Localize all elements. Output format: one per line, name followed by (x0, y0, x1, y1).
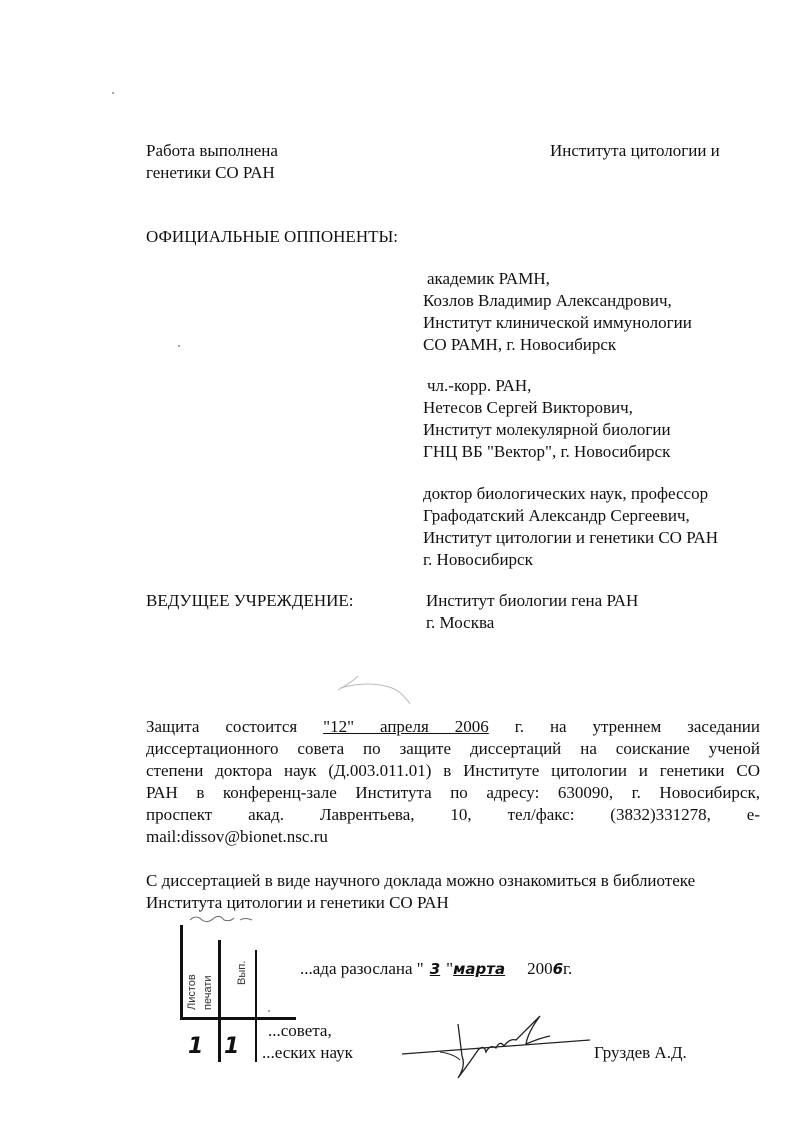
scan-speck (268, 1010, 270, 1012)
opponent-location: г. Новосибирск (423, 549, 718, 571)
defense-line-2: диссертационного совета по защите диссер… (146, 738, 760, 760)
opponent-title: академик РАМН, (423, 268, 692, 290)
leading-org-city: г. Москва (426, 612, 638, 634)
mailing-prefix: ...ада разослана " (300, 959, 424, 978)
defense-email: mail:dissov@bionet.nsc.ru (146, 826, 760, 848)
leading-org-name: Институт биологии гена РАН (426, 590, 638, 612)
opponent-location: ГНЦ ВБ "Вектор", г. Новосибирск (423, 441, 671, 463)
defense-line-5: проспект акад. Лаврентьева, 10, тел/факс… (146, 804, 760, 826)
opponent-3: доктор биологических наук, профессор Гра… (423, 483, 718, 571)
institute-line1: Института цитологии и (550, 140, 720, 162)
mailing-month: марта (453, 960, 527, 978)
mailing-line: ...ада разослана "3"марта2006г. (300, 958, 572, 980)
scribble-mark (160, 908, 270, 928)
mailing-year-digit: 6 (553, 960, 563, 978)
opponent-name: Графодатский Александр Сергеевич, (423, 505, 718, 527)
opponent-title: чл.-корр. РАН, (423, 375, 671, 397)
signature (400, 1010, 600, 1085)
opponent-org: Институт цитологии и генетики СО РАН (423, 527, 718, 549)
secretary-line2: ...еских наук (262, 1042, 353, 1064)
library-line1: С диссертацией в виде научного доклада м… (146, 870, 695, 892)
opponent-title: доктор биологических наук, профессор (423, 483, 718, 505)
mailing-day: 3 (424, 960, 446, 978)
stamp-value-1: 1 (188, 1036, 203, 1058)
opponent-2: чл.-корр. РАН, Нетесов Сергей Викторович… (423, 375, 671, 463)
defense-line-1: Защита состоится "12" апреля 2006 г. на … (146, 716, 760, 738)
opponent-name: Козлов Владимир Александрович, (423, 290, 692, 312)
defense-line-4: РАН в конференц-зале Института по адресу… (146, 782, 760, 804)
mailing-year: 200 (527, 959, 553, 978)
opponent-org: Институт молекулярной биологии (423, 419, 671, 441)
scan-speck (178, 345, 180, 347)
defense-paragraph: Защита состоится "12" апреля 2006 г. на … (146, 716, 760, 848)
institute-line2: генетики СО РАН (146, 162, 275, 184)
scan-speck (112, 92, 114, 94)
pen-mark (330, 668, 420, 708)
opponents-heading: ОФИЦИАЛЬНЫЕ ОППОНЕНТЫ: (146, 226, 398, 248)
leading-org: Институт биологии гена РАН г. Москва (426, 590, 638, 634)
defense-date: "12" апреля 2006 (323, 717, 489, 736)
stamp-col-print: печати (202, 940, 214, 1010)
leading-org-label: ВЕДУЩЕЕ УЧРЕЖДЕНИЕ: (146, 590, 354, 612)
stamp-col-issue: Вып. (236, 945, 248, 985)
work-done-label: Работа выполнена (146, 140, 278, 162)
defense-line-3: степени доктора наук (Д.003.011.01) в Ин… (146, 760, 760, 782)
opponent-name: Нетесов Сергей Викторович, (423, 397, 671, 419)
mailing-suffix: г. (563, 959, 572, 978)
stamp-value-2: 1 (224, 1036, 239, 1058)
secretary-line1: ...совета, (268, 1020, 332, 1042)
opponent-1: академик РАМН, Козлов Владимир Александр… (423, 268, 692, 356)
opponent-location: СО РАМН, г. Новосибирск (423, 334, 692, 356)
secretary-name: Груздев А.Д. (594, 1042, 687, 1064)
opponent-org: Институт клинической иммунологии (423, 312, 692, 334)
stamp-col-sheets: Листов (186, 940, 198, 1010)
